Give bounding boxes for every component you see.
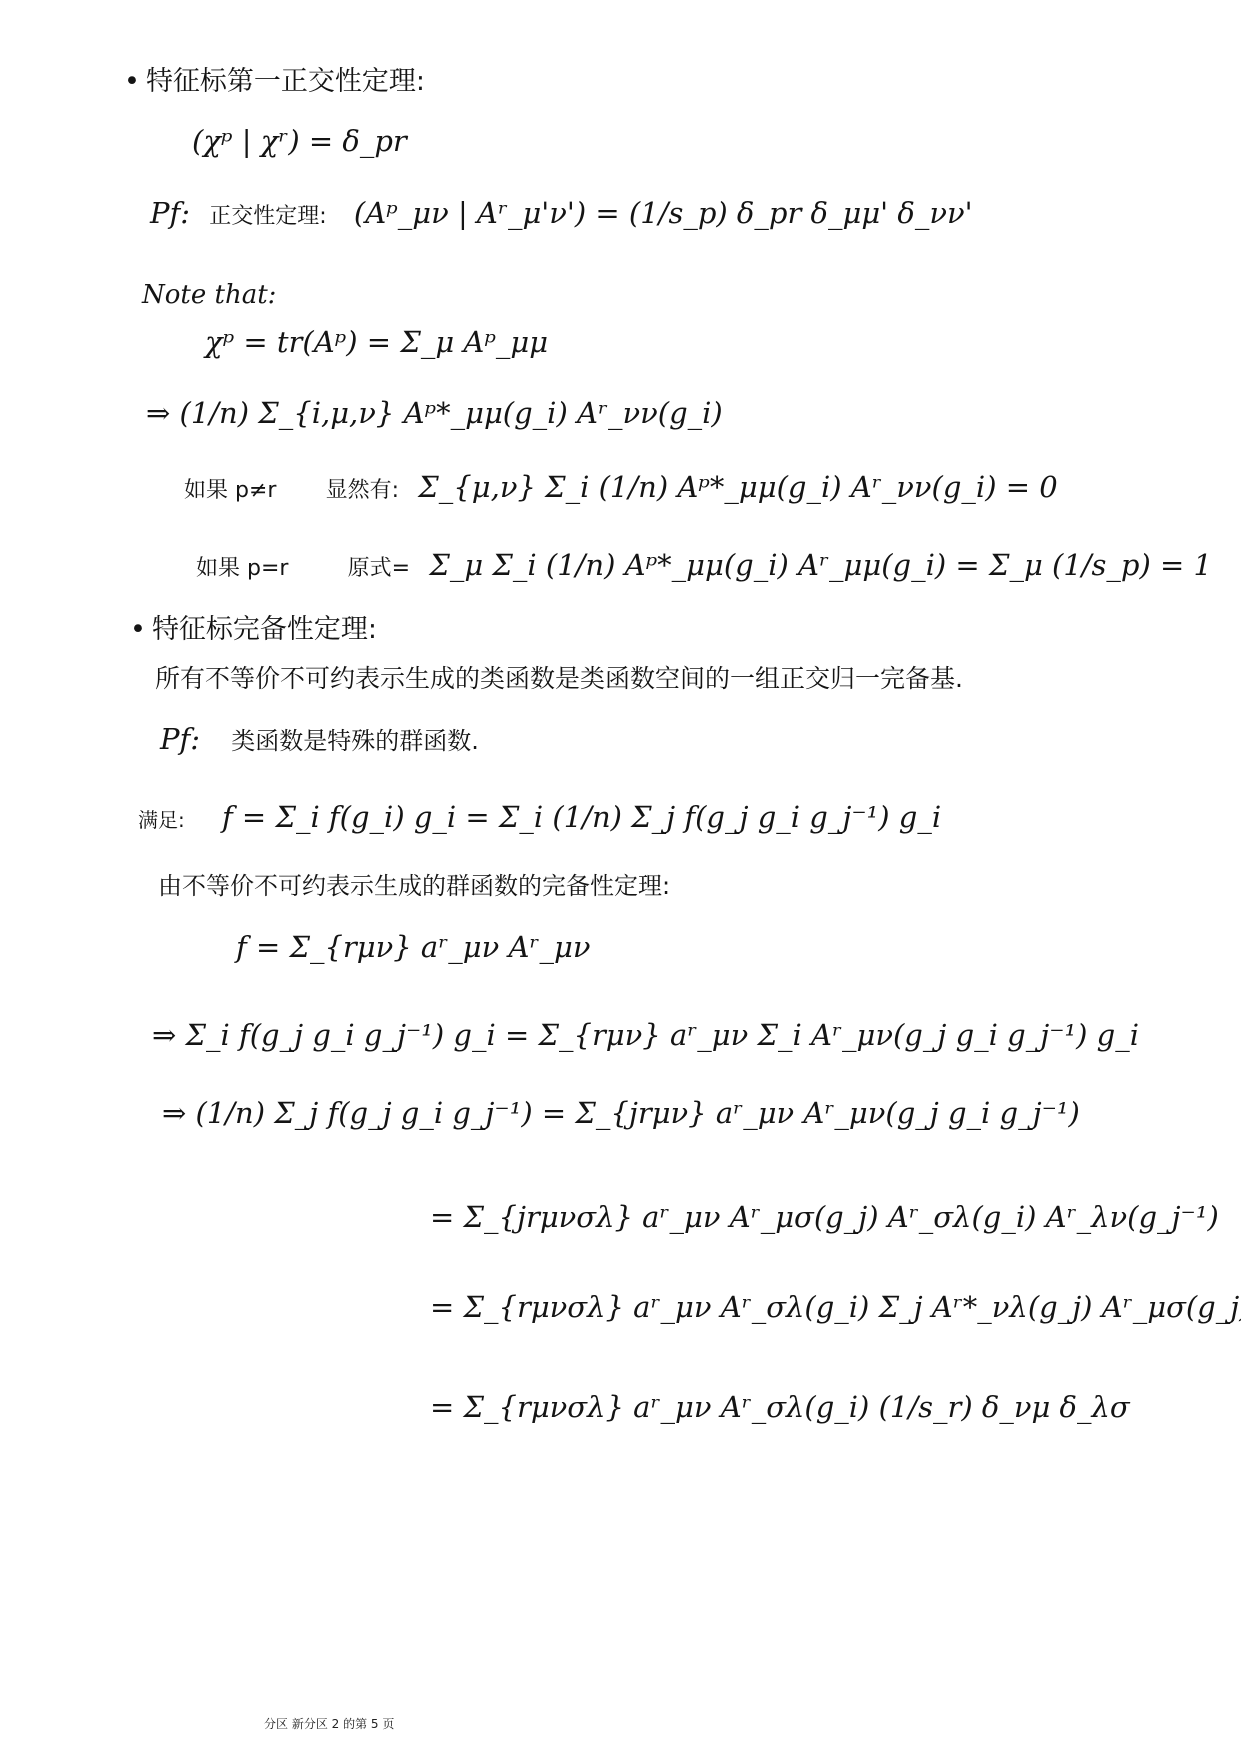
case1-condition: 如果 p≠r [184, 478, 276, 503]
section2-statement: 所有不等价不可约表示生成的类函数是类函数空间的一组正交归一完备基. [155, 664, 963, 694]
section1-title: 特征标第一正交性定理: [146, 66, 425, 97]
case2-condition: 如果 p=r [196, 556, 288, 581]
satisfy-label: 满足: [138, 808, 185, 832]
proof-text: 类函数是特殊的群函数. [231, 727, 479, 755]
class-function-equation: f = Σ_i f(g_i) g_i = Σ_i (1/n) Σ_j f(g_j… [222, 800, 941, 834]
case-p-neq-r: 如果 p≠r 显然有: Σ_{μ,ν} Σ_i (1/n) Aᵖ*_μμ(g_i… [184, 470, 1058, 505]
bullet-icon: • [130, 614, 146, 645]
case-p-eq-r: 如果 p=r 原式= Σ_μ Σ_i (1/n) Aᵖ*_μμ(g_i) Aʳ_… [196, 548, 1212, 583]
orthogonality-equation: (Aᵖ_μν | Aʳ_μ'ν') = (1/s_p) δ_pr δ_μμ' δ… [354, 196, 973, 230]
derivation-step-5: = Σ_{rμνσλ} aʳ_μν Aʳ_σλ(g_i) (1/s_r) δ_ν… [430, 1390, 1130, 1425]
proof-label: Pf: [150, 196, 190, 230]
derivation-step-4: = Σ_{rμνσλ} aʳ_μν Aʳ_σλ(g_i) Σ_j Aʳ*_νλ(… [430, 1290, 1241, 1325]
section2-heading: •特征标完备性定理: [130, 614, 377, 646]
section1-heading: •特征标第一正交性定理: [124, 66, 425, 98]
implies-equation: ⇒ (1/n) Σ_{i,μ,ν} Aᵖ*_μμ(g_i) Aʳ_νν(g_i) [146, 396, 723, 431]
note-label: Note that: [142, 280, 276, 311]
page-footer: 分区 新分区 2 的第 5 页 [264, 1715, 394, 1732]
derivation-step-3: = Σ_{jrμνσλ} aʳ_μν Aʳ_μσ(g_j) Aʳ_σλ(g_i)… [430, 1200, 1219, 1235]
section2-proof: Pf: 类函数是特殊的群函数. [160, 722, 479, 757]
section1-proof: Pf: 正交性定理: (Aᵖ_μν | Aʳ_μ'ν') = (1/s_p) δ… [150, 196, 973, 231]
completeness-reference: 由不等价不可约表示生成的群函数的完备性定理: [158, 872, 670, 901]
expansion-equation: f = Σ_{rμν} aʳ_μν Aʳ_μν [236, 930, 590, 965]
section2-title: 特征标完备性定理: [152, 614, 377, 645]
character-trace-equation: χᵖ = tr(Aᵖ) = Σ_μ Aᵖ_μμ [205, 325, 548, 360]
case2-label: 原式= [348, 556, 410, 581]
proof-label: Pf: [160, 722, 200, 756]
derivation-step-2: ⇒ (1/n) Σ_j f(g_j g_i g_j⁻¹) = Σ_{jrμν} … [162, 1096, 1080, 1131]
case1-equation: Σ_{μ,ν} Σ_i (1/n) Aᵖ*_μμ(g_i) Aʳ_νν(g_i)… [418, 470, 1057, 504]
satisfy-line: 满足: f = Σ_i f(g_i) g_i = Σ_i (1/n) Σ_j f… [138, 800, 941, 835]
bullet-icon: • [124, 66, 140, 97]
section1-statement: (χᵖ | χʳ) = δ_pr [192, 124, 407, 159]
proof-text: 正交性定理: [209, 204, 326, 229]
derivation-step-1: ⇒ Σ_i f(g_j g_i g_j⁻¹) g_i = Σ_{rμν} aʳ_… [152, 1018, 1139, 1053]
case1-label: 显然有: [326, 478, 399, 503]
case2-equation: Σ_μ Σ_i (1/n) Aᵖ*_μμ(g_i) Aʳ_μμ(g_i) = Σ… [429, 548, 1212, 582]
